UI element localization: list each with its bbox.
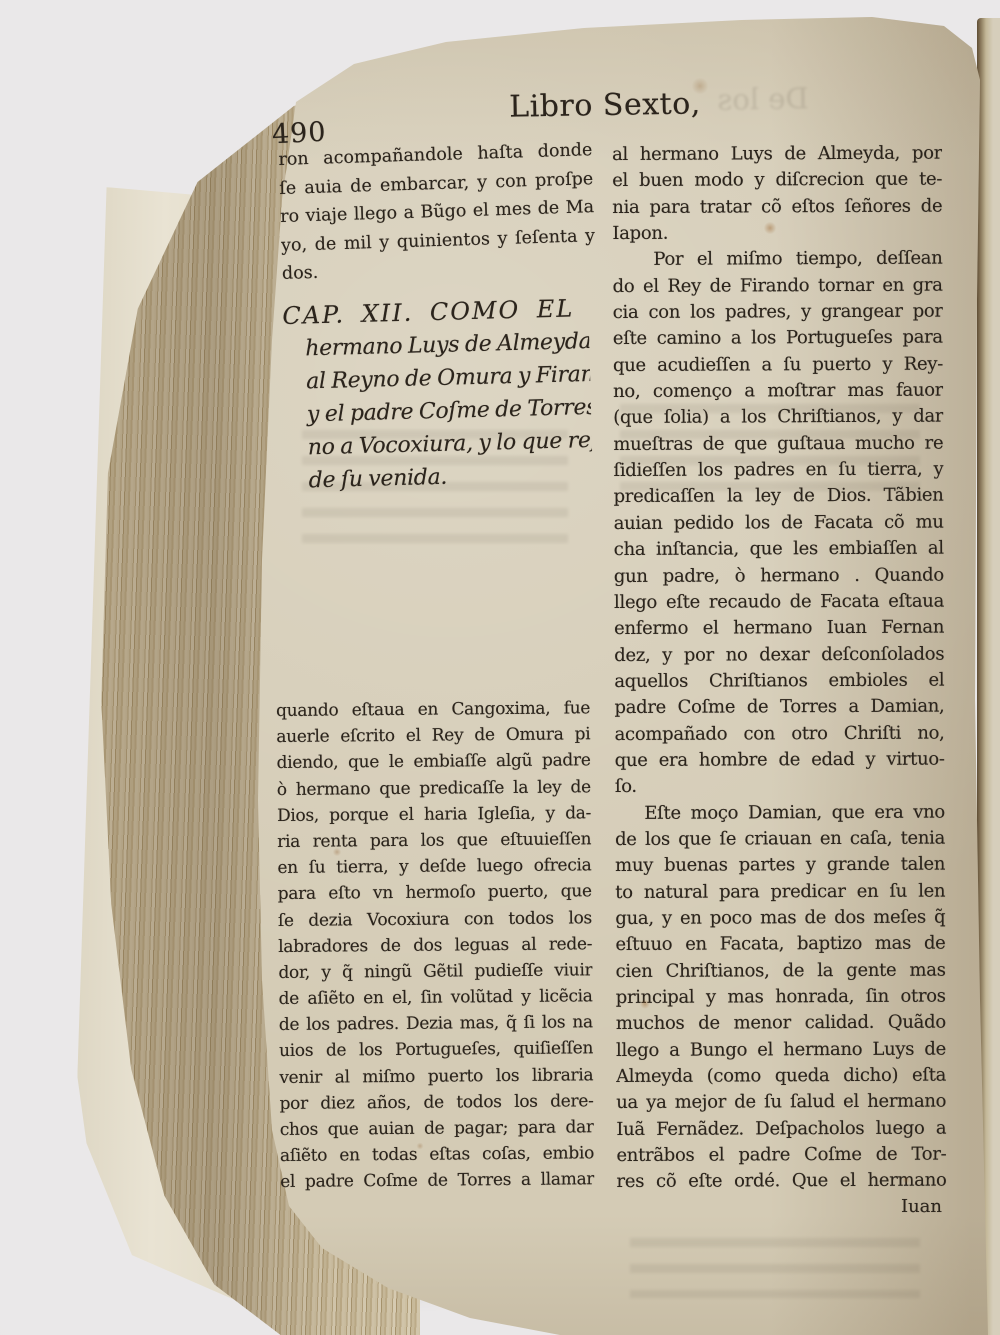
text-line: mueſtras de que guſtaua mucho re: [613, 430, 943, 458]
text-line: de los padres. Dezia mas, q̃ ſi los na: [279, 1009, 593, 1038]
text-line: (que ſolia) a los Chriſtianos, y dar: [613, 404, 943, 432]
text-line: Dios, porque el haria Igleſia, y da-: [277, 800, 591, 829]
text-line: chos que auian de pagar; para dar: [280, 1114, 594, 1143]
text-line: eſte camino a los Portugueſes para: [613, 325, 943, 353]
left-column-paragraph: ron acompañandole haſta dondeſe auia de …: [278, 136, 596, 289]
text-line: llego eſte recaudo de Facata eſtaua: [614, 588, 944, 616]
text-line: Por el miſmo tiempo, deſſean: [612, 246, 942, 274]
running-header: Libro Sexto,: [468, 86, 743, 126]
text-line: para eſto vn hermoſo puerto, que: [278, 879, 592, 908]
book-photo: { "page": { "running_header": "Libro Sex…: [0, 0, 1000, 1335]
text-line: el padre Coſme de Torres a llamar: [280, 1167, 594, 1196]
text-line: el buen modo y diſcrecion que te-: [612, 167, 942, 195]
text-line: labradores de dos leguas al rede-: [278, 931, 592, 960]
left-column-body: quando eſtaua en Cangoxima, fueauerle eſ…: [276, 695, 594, 1195]
text-line: uios de los Portugueſes, quiſieſſen: [279, 1036, 593, 1065]
text-line: gun padre, ò hermano . Quando: [614, 562, 944, 590]
text-line: de aſiẽto en el, ſin volũtad y licẽcia: [279, 983, 593, 1012]
text-line: auerle eſcrito el Rey de Omura pi: [276, 721, 590, 750]
chapter-heading: CAP. XII. COMO ELhermano Luys de Almeyda…: [282, 292, 593, 498]
text-line: to natural para predicar en ſu len: [615, 878, 945, 906]
text-line: que era hombre de edad y virtuo-: [615, 746, 945, 774]
text-line: gua, y en poco mas de dos meſes q̃: [615, 905, 945, 933]
text-line: cien Chriſtianos, de la gente mas: [616, 957, 946, 985]
text-line: quando eſtaua en Cangoxima, fue: [276, 695, 590, 724]
text-line: cia con los padres, y grangear por: [613, 299, 943, 327]
text-line: por diez años, de todos los dere-: [279, 1088, 593, 1117]
text-line: diendo, que le embiaſſe algũ padre: [276, 748, 590, 777]
text-line: de los que ſe criauan en caſa, tenia: [615, 825, 945, 853]
text-line: al hermano Luys de Almeyda, por: [612, 141, 942, 169]
catchword: Iuan: [742, 1196, 942, 1217]
text-line: ò hermano que predicaſſe la ley de: [277, 774, 591, 803]
text-line: venir al miſmo puerto los libraria: [279, 1062, 593, 1091]
text-line: en ſu tierra, y deſde luego ofrecia: [277, 852, 591, 881]
text-line: do el Rey de Firando tornar en gra: [613, 272, 943, 300]
text-line: Almeyda (como queda dicho) eſta: [616, 1063, 946, 1091]
text-line: ria renta para los que eſtuuieſſen: [277, 826, 591, 855]
text-line: muchos de menor calidad. Quãdo: [616, 1010, 946, 1038]
text-line: dez, y por no dexar deſconſolados: [614, 641, 944, 669]
text-line: ſe dezia Vocoxiura con todos los: [278, 905, 592, 934]
text-line: auian pedido los de Facata cõ mu: [614, 509, 944, 537]
text-line: no, començo a moſtrar mas fauor: [613, 378, 943, 406]
text-line: ſidieſſen los padres en ſu tierra, y: [613, 457, 943, 485]
text-line: dor, y q̃ ningũ Gẽtil pudieſſe viuir: [278, 957, 592, 986]
text-line: Iuã Fernãdez. Deſpacholos luego a: [616, 1115, 946, 1143]
text-line: acompañado con otro Chriſti no,: [615, 720, 945, 748]
text-line: muy buenas partes y grande talen: [615, 852, 945, 880]
text-line: cha inſtancia, que les embiaſſen al: [614, 536, 944, 564]
text-line: Iapon.: [612, 220, 942, 248]
text-line: llego a Bungo el hermano Luys de: [616, 1036, 946, 1064]
text-line: eſtuuo en Facata, baptizo mas de: [615, 931, 945, 959]
text-line: predicaſſen la ley de Dios. Tãbien: [613, 483, 943, 511]
text-line: que acudieſſen a ſu puerto y Rey-: [613, 351, 943, 379]
text-line: principal y mas honrada, ſin otros: [616, 984, 946, 1012]
text-line: Eſte moço Damian, que era vno: [615, 799, 945, 827]
text-line: aquellos Chriſtianos embioles el: [614, 667, 944, 695]
text-line: entrãbos el padre Coſme de Tor-: [616, 1142, 946, 1170]
text-line: ua ya mejor de ſu ſalud el hermano: [616, 1089, 946, 1117]
text-line: ſo.: [615, 773, 945, 801]
text-line: aſiẽto en todas eſtas coſas, embio: [280, 1140, 594, 1169]
right-column-body: al hermano Luys de Almeyda, porel buen m…: [612, 141, 947, 1196]
text-line: nia para tratar cõ eſtos ſeñores de: [612, 193, 942, 221]
text-line: enfermo el hermano Iuan Fernan: [614, 615, 944, 643]
text-line: res cõ eſte ordé. Que el hermano: [616, 1168, 946, 1196]
text-line: padre Coſme de Torres a Damian,: [614, 694, 944, 722]
